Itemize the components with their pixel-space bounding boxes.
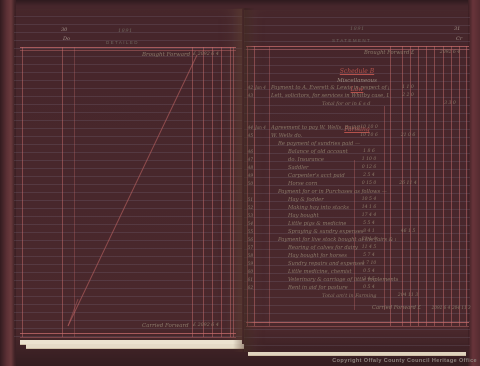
ledger-page-right: 31 Cr 1891 STATEMENT Brought Forward £20… (244, 10, 470, 352)
ledger-row: 43Lett, solicitors, for services in Whit… (244, 93, 470, 101)
brought-forward-label: Brought Forward £ (364, 50, 414, 56)
row-description: Total for or in £ s d (322, 101, 371, 107)
row-description: Rent in aid for pasture (288, 285, 348, 291)
book-gutter-shadow (233, 8, 255, 352)
right-page-heading: STATEMENT (332, 38, 371, 43)
ledger-row: 47do. Insurance1 10 0 (244, 157, 470, 165)
row-description: Hay & fodder (288, 197, 324, 203)
row-amount-zA: 1 7 10 (354, 261, 384, 266)
row-amount-zB: 26 11 4 (390, 181, 426, 186)
row-description: Carpenter's acct paid (288, 173, 345, 179)
statement-rows: Brought Forward £2092 6 4Schedule BMisce… (244, 50, 470, 313)
row-description: Balance of old account (288, 149, 348, 155)
ledger-row: 61Veterinary & carriage of little implem… (244, 277, 470, 285)
right-folio-mark: Cr (456, 36, 462, 42)
row-amount-zA: 5 7 4 (354, 253, 384, 258)
row-description: Rearing of calves for dairy (288, 245, 358, 251)
right-folio-number: 31 (454, 26, 460, 32)
ledger-row: 42Jan 4Payment to A. Everett & Lewis in … (244, 85, 470, 93)
row-amount-zA: 23 1 4 (354, 237, 384, 242)
row-description: Horse corn (288, 181, 317, 187)
row-description: Hay bought for horses (288, 253, 347, 259)
ledger-row: 59Sundry repairs and expenses1 7 10 (244, 261, 470, 269)
ledger-row: 52Making hay into stacks14 1 6 (244, 205, 470, 213)
row-date: Jan 4 (255, 85, 268, 90)
brought-forward-row: Brought Forward £2092 6 4 (244, 50, 470, 58)
ledger-row: 54Little pigs & medicine5 5 4 (244, 221, 470, 229)
row-amount-zA: 17 4 4 (354, 213, 384, 218)
row-description: W. Wells do. (271, 133, 302, 139)
row-amount-zA: 5 5 4 (354, 221, 384, 226)
row-amount-zA: 2 5 4 (354, 173, 384, 178)
ledger-row: 49Carpenter's acct paid2 5 4 (244, 173, 470, 181)
row-description: Hay bought (288, 213, 319, 219)
ledger-row: 48Saddler0 12 6 (244, 165, 470, 173)
brought-forward-amount: 2092 6 4 (432, 50, 468, 55)
archive-watermark: Copyright Offaly County Council Heritage… (332, 358, 477, 364)
row-description: do. Insurance (288, 157, 324, 163)
section-title-law: Law (244, 76, 470, 85)
ledger-row: 53Hay bought17 4 4 (244, 213, 470, 221)
row-amount-zA: 0 5 4 (354, 269, 384, 274)
row-description: Spraying & sundry expenses (288, 229, 363, 235)
ledger-row: 58Hay bought for horses5 7 4 (244, 253, 470, 261)
row-amount-zA: 1 10 0 (354, 157, 384, 162)
row-description: Total am't in Farming (322, 293, 377, 299)
right-year-heading: 1891 (350, 26, 365, 32)
row-amount-zA: 0 12 6 (354, 165, 384, 170)
row-description: Re payment of sundries paid — (278, 141, 360, 147)
row-amount-zB: 2 2 0 (390, 93, 426, 98)
section-title-farming: Farming (244, 116, 470, 125)
row-description: Saddler (288, 165, 309, 171)
row-amount-zA: 10 10 0 (354, 125, 384, 130)
row-amount-zA: 3 4 5 (354, 277, 384, 282)
ledger-book-scan: 30 Do 1891 DETAILED Brought Forward £ 20… (0, 0, 480, 366)
carried-forward-row: Carried Forward £2092 6 4204 11 3 (244, 305, 470, 313)
ledger-row: 55Spraying & sundry expenses8 4 146 1 5 (244, 229, 470, 237)
row-amount-zB: 204 11 3 (390, 293, 426, 298)
schedule-heading: Schedule B (244, 58, 470, 67)
carried-forward-amount-2: 204 11 3 (452, 305, 469, 310)
ledger-row: 56Payment for live stock bought at the f… (244, 237, 470, 245)
ledger-row: 46Balance of old account1 8 6 (244, 149, 470, 157)
row-amount-zA: 10 5 4 (354, 197, 384, 202)
row-amount-zA: 11 4 5 (354, 245, 384, 250)
ledger-page-left: 30 Do 1891 DETAILED Brought Forward £ 20… (14, 9, 242, 340)
row-description: Agreement to pay W. Wells, Bailiff (271, 125, 360, 131)
carried-forward-amount-1: 2092 6 4 (431, 305, 451, 310)
row-amount-zB: 46 1 5 (390, 229, 426, 234)
ledger-row: Re payment of sundries paid — (244, 141, 470, 149)
schedule-subheading: Miscellaneous (244, 67, 470, 76)
row-amount-zA: 14 1 6 (354, 205, 384, 210)
ledger-row: Total am't in Farming204 11 3 (244, 293, 470, 301)
ledger-row: 50Horse corn0 15 026 11 4 (244, 181, 470, 189)
row-amount-zC: 3 3 0 (432, 101, 468, 106)
row-date: Jan 4 (255, 125, 268, 130)
ledger-row: 60Little medicine, chemist0 5 4 (244, 269, 470, 277)
ledger-row: 62Rent in aid for pasture0 5 4 (244, 285, 470, 293)
row-description: Lett, solicitors, for services in Whitby… (271, 93, 389, 99)
row-description: Little medicine, chemist (288, 269, 352, 275)
ledger-row: 44Jan 4Agreement to pay W. Wells, Bailif… (244, 125, 470, 133)
row-description: Payment for or in Purchases as follows — (278, 189, 387, 195)
row-description: Payment to A. Everett & Lewis in respect… (271, 85, 389, 91)
page-edge-strip (248, 352, 466, 356)
row-description: Little pigs & medicine (288, 221, 346, 227)
ledger-row: 45W. Wells do.10 10 621 0 6 (244, 133, 470, 141)
ledger-row: 57Rearing of calves for dairy11 4 5 (244, 245, 470, 253)
row-amount-zB: 21 0 6 (390, 133, 426, 138)
row-amount-zA: 1 8 6 (354, 149, 384, 154)
row-description: Making hay into stacks (288, 205, 349, 211)
row-amount-zA: 10 10 6 (354, 133, 384, 138)
page-edge-strip (26, 344, 244, 349)
row-amount-zA: 0 15 0 (354, 181, 384, 186)
row-amount-zA: 0 5 4 (354, 285, 384, 290)
row-amount-zB: 1 1 0 (390, 85, 426, 90)
ledger-row: Total for or in £ s d3 3 0 (244, 101, 470, 109)
cancellation-diagonal-line (14, 9, 242, 340)
carried-forward-label: Carried Forward £ (372, 305, 421, 311)
ledger-row: Payment for or in Purchases as follows — (244, 189, 470, 197)
row-amount-zA: 8 4 1 (354, 229, 384, 234)
ledger-row: 51Hay & fodder10 5 4 (244, 197, 470, 205)
